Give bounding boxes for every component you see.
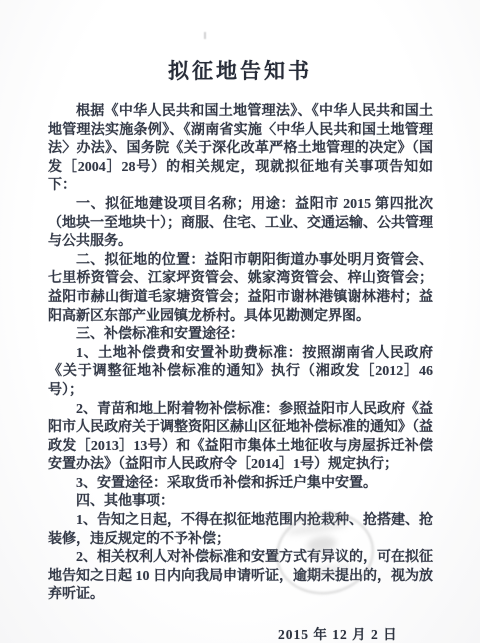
document-date: 2015 年 12 月 2 日 [278,623,480,643]
seal-smudge [286,518,351,538]
paragraph-no-rush-build: 1、告知之日起，不得在拟征地范围内抢栽种、抢搭建、抢装修，违反规定的不予补偿； [48,512,433,549]
seal-smudge [306,534,338,554]
paragraph-resettlement: 3、安置途径：采取货币补偿和拆迁户集中安置。 [48,475,433,494]
paragraph-hearing-rights: 2、相关权利人对补偿标准和安置方式有异议的，可在拟征地告知之日起 10 日内向我… [48,549,433,605]
scan-artifact [204,32,206,39]
document-title: 拟征地告知书 [0,0,480,85]
document-body: 根据《中华人民共和国土地管理法》、《中华人民共和国土地管理法实施条例》、《湖南省… [48,103,433,605]
scanned-document-page: 拟征地告知书 根据《中华人民共和国土地管理法》、《中华人民共和国土地管理法实施条… [0,0,480,643]
paragraph-location: 二、拟征地的位置：益阳市朝阳街道办事处明月资管会、七里桥资管会、江家坪资管会、姚… [48,252,433,326]
seal-smudge [298,562,353,579]
paragraph-section-three: 三、补偿标准和安置途径： [48,326,433,345]
paragraph-legal-basis: 根据《中华人民共和国土地管理法》、《中华人民共和国土地管理法实施条例》、《湖南省… [48,103,433,196]
paragraph-section-four: 四、其他事项： [48,493,433,512]
paragraph-attachments: 2、青苗和地上附着物补偿标准：参照益阳市人民政府《益阳市人民政府关于调整资阳区赫… [48,401,433,475]
paragraph-compensation: 1、土地补偿费和安置补助费标准：按照湖南省人民政府《关于调整征地补偿标准的通知》… [48,345,433,401]
paragraph-project-name: 一、拟征地建设项目名称；用途：益阳市 2015 第四批次（地块一至地块十）；商服… [48,196,433,252]
